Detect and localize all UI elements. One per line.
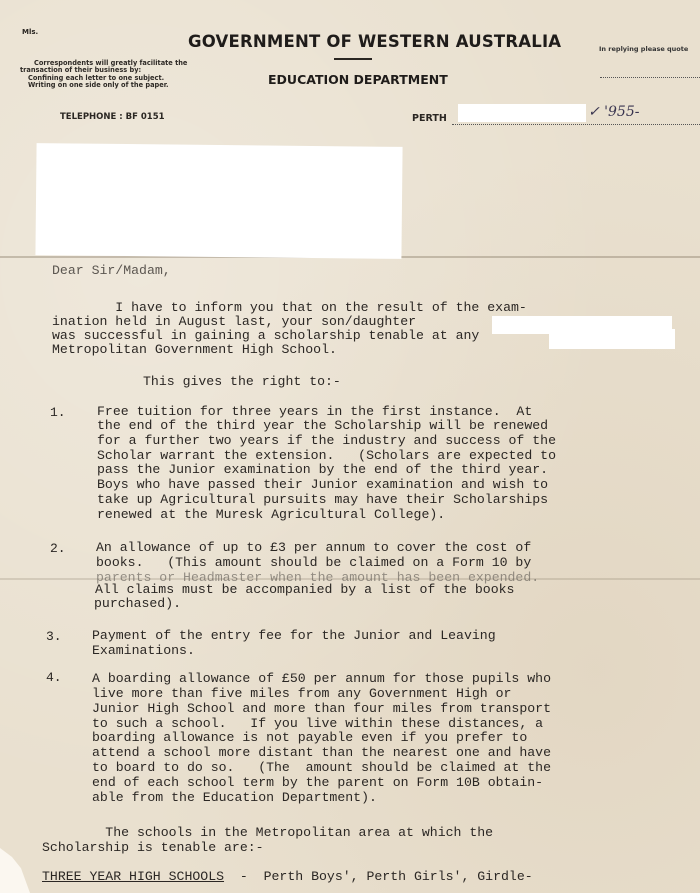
salutation: Dear Sir/Madam,: [52, 264, 171, 278]
three-year-heading: THREE YEAR HIGH SCHOOLS: [42, 869, 224, 884]
letterhead-title: GOVERNMENT OF WESTERN AUSTRALIA: [188, 32, 561, 51]
redacted-address-block: [35, 143, 402, 259]
correspondence-notes: Correspondents will greatly facilitate t…: [20, 60, 187, 89]
three-year-school-list: - Perth Boys', Perth Girls', Girdle-: [224, 869, 533, 884]
rights-heading: This gives the right to:-: [143, 375, 341, 389]
place-label: PERTH: [412, 113, 447, 124]
reference-mark: Mls.: [22, 28, 38, 36]
department-name: EDUCATION DEPARTMENT: [268, 72, 448, 87]
handwritten-date: ✓ '955-: [588, 104, 639, 120]
three-year-schools-line: THREE YEAR HIGH SCHOOLS - Perth Boys', P…: [42, 870, 533, 884]
date-line: [452, 124, 700, 125]
letter-page: Mls. GOVERNMENT OF WESTERN AUSTRALIA EDU…: [0, 0, 700, 893]
reply-note: In replying please quote: [599, 45, 688, 53]
redacted-school-name: [549, 329, 675, 349]
title-rule: [334, 58, 372, 60]
redacted-date: [458, 104, 586, 122]
telephone-number: TELEPHONE : BF 0151: [60, 112, 165, 122]
torn-corner: [0, 848, 30, 893]
reply-reference-line: [600, 77, 700, 78]
